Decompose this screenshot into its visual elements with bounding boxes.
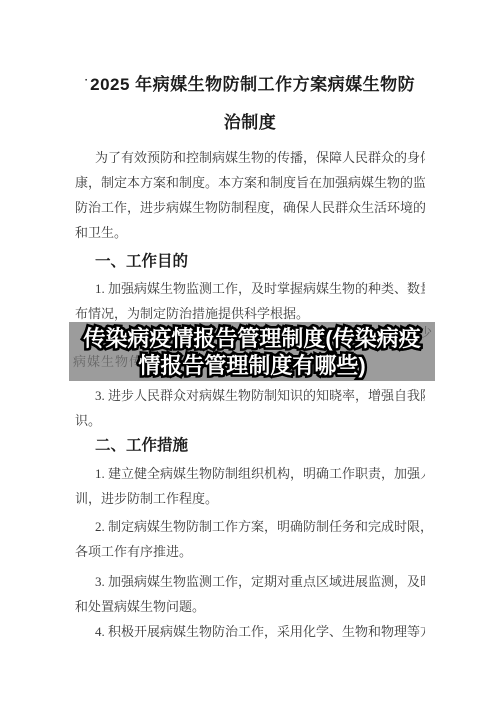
- section-1-item-3: 3. 进步人民群众对病媒生物防制知识的知晓率，增强自我防护意 识。: [75, 383, 425, 433]
- section-2-item-2: 2. 制定病媒生物防制工作方案，明确防制任务和完成时限，确保 各项工作有序推进。: [75, 514, 425, 564]
- item-line: 和处置病媒生物问题。: [75, 594, 425, 619]
- section-2-heading: 二、工作措施: [75, 433, 425, 458]
- section-2-item-4: 4. 积极开展病媒生物防治工作，采用化学、生物和物理等方法，: [75, 619, 425, 644]
- watermark-title-line-1: 传染病疫情报告管理制度(传染病疫 传染病疫情报告管理制度(传染病疫: [69, 325, 435, 352]
- item-line: 1. 加强病媒生物监测工作，及时掌握病媒生物的种类、数量和分: [75, 276, 425, 301]
- intro-line: 为了有效预防和控制病媒生物的传播，保障人民群众的身体安: [75, 145, 425, 170]
- item-line: 4. 积极开展病媒生物防治工作，采用化学、生物和物理等方法，: [75, 619, 425, 644]
- intro-paragraph: 为了有效预防和控制病媒生物的传播，保障人民群众的身体安 康，制定本方案和制度。本…: [75, 145, 425, 245]
- watermark-title-line-2: 情报告管理制度有哪些) 情报告管理制度有哪些): [69, 352, 435, 379]
- document-title: ·2025 年病媒生物防制工作方案病媒生物防 治制度: [75, 62, 425, 142]
- section-2-item-1: 1. 建立健全病媒生物防制组织机构，明确工作职责，加强人员培 训，进步防制工作程…: [75, 461, 425, 511]
- section-2-item-3: 3. 加强病媒生物监测工作，定期对重点区域进展监测，及时发现 和处置病媒生物问题…: [75, 569, 425, 619]
- section-1-item-1: 1. 加强病媒生物监测工作，及时掌握病媒生物的种类、数量和分 布情况，为制定防治…: [75, 276, 425, 326]
- item-line: 2. 制定病媒生物防制工作方案，明确防制任务和完成时限，确保: [75, 514, 425, 539]
- item-line: 1. 建立健全病媒生物防制组织机构，明确工作职责，加强人员培: [75, 461, 425, 486]
- document-title-line-2: 治制度: [75, 104, 425, 142]
- watermark-overlay: 传染病疫情报告管理制度(传染病疫 传染病疫情报告管理制度(传染病疫 情报告管理制…: [69, 322, 435, 381]
- item-line: 3. 进步人民群众对病媒生物防制知识的知晓率，增强自我防护意: [75, 383, 425, 408]
- document-page: ·2025 年病媒生物防制工作方案病媒生物防 治制度 为了有效预防和控制病媒生物…: [0, 0, 500, 706]
- item-line: 训，进步防制工作程度。: [75, 486, 425, 511]
- intro-line: 和卫生。: [75, 220, 425, 245]
- watermark-line-1-text: 传染病疫情报告管理制度(传染病疫: [83, 326, 420, 351]
- item-line: 各项工作有序推进。: [75, 539, 425, 564]
- intro-line: 防治工作，进步病媒生物防制程度，确保人民群众生活环境的清洁: [75, 195, 425, 220]
- document-title-line-1: 2025 年病媒生物防制工作方案病媒生物防: [90, 75, 415, 94]
- title-prefix-dot: ·: [85, 75, 88, 86]
- intro-line: 康，制定本方案和制度。本方案和制度旨在加强病媒生物的监测和: [75, 170, 425, 195]
- item-line: 识。: [75, 408, 425, 433]
- watermark-line-2-text: 情报告管理制度有哪些): [138, 353, 365, 378]
- section-1-heading: 一、工作目的: [75, 249, 425, 274]
- item-line: 3. 加强病媒生物监测工作，定期对重点区域进展监测，及时发现: [75, 569, 425, 594]
